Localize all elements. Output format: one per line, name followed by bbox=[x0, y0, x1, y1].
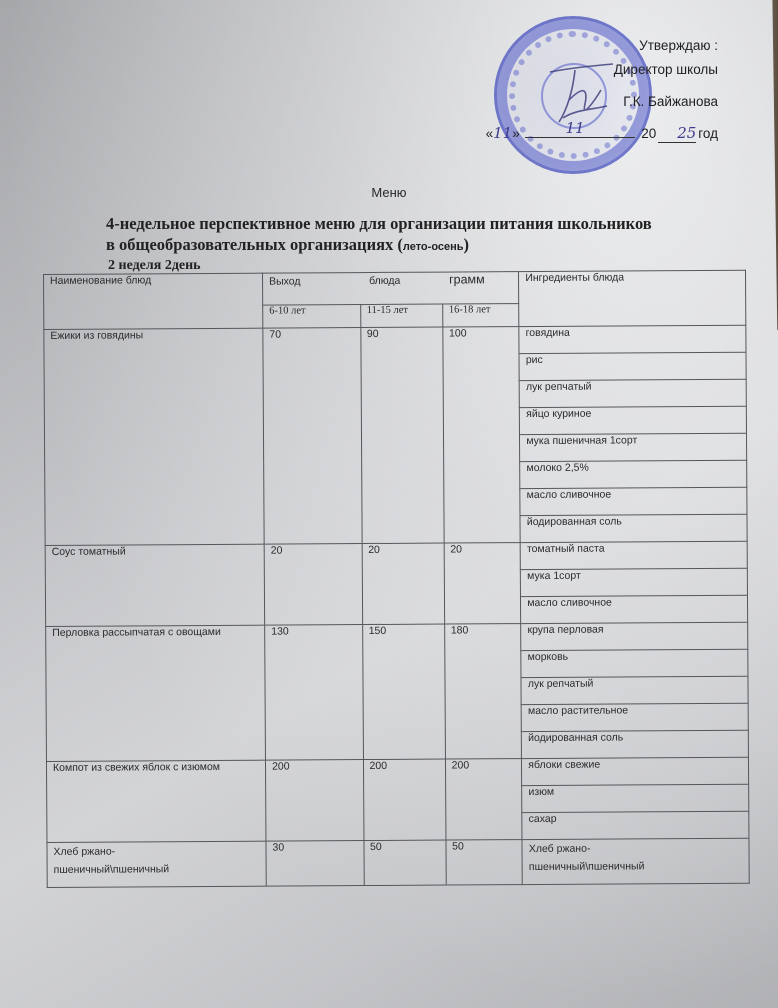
header-age-6-10: 6-10 лет bbox=[263, 305, 361, 329]
ingredient-cell: йодированная соль bbox=[522, 730, 749, 758]
portion-cell: 30 bbox=[266, 841, 364, 887]
portion-cell: 20 bbox=[362, 543, 445, 625]
dish-name-cell: Хлеб ржано-пшеничный\пшеничный bbox=[47, 841, 266, 887]
ingredient-cell: морковь bbox=[521, 649, 748, 677]
menu-table: Наименование блюд Выходблюдаграмм Ингред… bbox=[43, 270, 750, 888]
ingredient-cell: мука пшеничная 1сорт bbox=[520, 433, 747, 461]
portion-cell: 200 bbox=[266, 760, 364, 842]
ingredient-cell: йодированная соль bbox=[520, 514, 747, 542]
ingredient-cell: изюм bbox=[522, 784, 749, 812]
background-table-edge bbox=[764, 0, 778, 330]
portion-cell: 70 bbox=[263, 328, 362, 545]
date-year-suffix: 25 bbox=[658, 124, 696, 143]
menu-table-body: Ежики из говядины7090100говядинарислук р… bbox=[44, 325, 749, 887]
ingredient-cell: масло сливочное bbox=[520, 487, 747, 515]
dish-name-cell: Компот из свежих яблок с изюмом bbox=[46, 760, 266, 842]
header-age-11-15: 11-15 лет bbox=[360, 304, 442, 328]
portion-cell: 90 bbox=[360, 327, 443, 543]
approval-title: Утверждаю : bbox=[639, 38, 718, 53]
portion-cell: 150 bbox=[362, 624, 445, 759]
approval-date: «11» 11 2025год bbox=[486, 124, 718, 143]
ingredient-cell: говядина bbox=[519, 325, 746, 353]
table-row: Ежики из говядины7090100говядина bbox=[44, 325, 746, 356]
ingredient-cell: масло сливочное bbox=[521, 595, 748, 623]
portion-cell: 20 bbox=[444, 543, 521, 624]
date-month-field: 11 bbox=[525, 125, 635, 138]
ingredient-cell: лук репчатый bbox=[519, 379, 746, 407]
season-label: лето-осень bbox=[403, 241, 464, 253]
portion-cell: 100 bbox=[442, 327, 520, 543]
table-row: Хлеб ржано-пшеничный\пшеничный305050Хлеб… bbox=[47, 838, 749, 887]
dish-name-cell: Ежики из говядины bbox=[44, 328, 264, 545]
table-row: Соус томатный202020томатный паста bbox=[45, 541, 747, 572]
document-title: 4-недельное перспективное меню для орган… bbox=[106, 213, 652, 258]
portion-cell: 180 bbox=[444, 624, 521, 759]
approval-name: Г.К. Байжанова bbox=[623, 94, 718, 109]
ingredient-cell: яблоки свежие bbox=[522, 757, 749, 785]
ingredient-cell: рис bbox=[519, 352, 746, 380]
dish-name-cell: Соус томатный bbox=[45, 544, 265, 626]
document-heading: Меню bbox=[0, 185, 778, 200]
table-row: Перловка рассыпчатая с овощами130150180к… bbox=[46, 622, 748, 653]
portion-cell: 20 bbox=[264, 544, 362, 626]
header-ingredients: Ингредиенты блюда bbox=[519, 270, 746, 326]
header-dish-name: Наименование блюд bbox=[44, 273, 263, 329]
header-age-16-18: 16-18 лет bbox=[442, 304, 519, 327]
ingredient-cell: томатный паста bbox=[520, 541, 747, 569]
portion-cell: 50 bbox=[363, 840, 445, 886]
portion-cell: 200 bbox=[363, 759, 446, 841]
portion-cell: 130 bbox=[265, 625, 363, 761]
ingredient-cell: сахар bbox=[522, 811, 749, 839]
header-output: Выходблюдаграмм bbox=[263, 272, 519, 306]
ingredient-cell: крупа перловая bbox=[521, 622, 748, 650]
ingredient-cell: Хлеб ржано-пшеничный\пшеничный bbox=[522, 838, 749, 884]
ingredient-cell: молоко 2,5% bbox=[520, 460, 747, 488]
ingredient-cell: лук репчатый bbox=[521, 676, 748, 704]
ingredient-cell: масло растительное bbox=[521, 703, 748, 731]
approval-position: Директор школы bbox=[614, 62, 718, 77]
ingredient-cell: мука 1сорт bbox=[521, 568, 748, 596]
dish-name-cell: Перловка рассыпчатая с овощами bbox=[46, 625, 266, 761]
week-day-label: 2 неделя 2день bbox=[108, 258, 201, 274]
table-row: Компот из свежих яблок с изюмом200200200… bbox=[46, 757, 748, 788]
date-day: 11 bbox=[493, 124, 512, 142]
ingredient-cell: яйцо куриное bbox=[520, 406, 747, 434]
portion-cell: 200 bbox=[445, 759, 522, 840]
date-month: 11 bbox=[565, 119, 584, 137]
portion-cell: 50 bbox=[446, 840, 523, 885]
